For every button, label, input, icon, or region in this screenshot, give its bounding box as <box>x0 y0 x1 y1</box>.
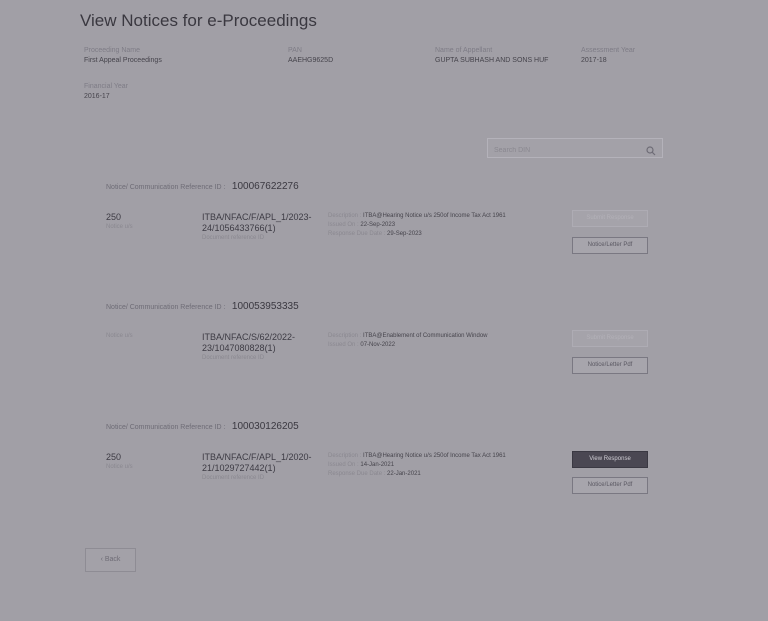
notice-details: Description : ITBA@Hearing Notice u/s 25… <box>328 212 508 239</box>
description: Description : ITBA@Enablement of Communi… <box>328 332 508 341</box>
reference-row: Notice/ Communication Reference ID : 100… <box>106 296 299 314</box>
page-title: View Notices for e-Proceedings <box>80 11 317 31</box>
notice-section: Notice u/s <box>106 332 133 341</box>
description: Description : ITBA@Hearing Notice u/s 25… <box>328 452 508 461</box>
section-label: Notice u/s <box>106 223 133 232</box>
meta-value: First Appeal Proceedings <box>84 56 162 66</box>
reference-id: 100053953335 <box>232 301 299 312</box>
notice-details: Description : ITBA@Hearing Notice u/s 25… <box>328 452 508 479</box>
meta-label: PAN <box>288 46 333 56</box>
meta-appellant: Name of Appellant GUPTA SUBHASH AND SONS… <box>435 46 548 66</box>
reference-id: 100030126205 <box>232 421 299 432</box>
issued-on: Issued On : 22-Sep-2023 <box>328 221 508 230</box>
back-button[interactable]: ‹ Back <box>85 548 136 572</box>
search-input[interactable] <box>488 142 650 160</box>
notice-letter-pdf-button[interactable]: Notice/Letter Pdf <box>572 357 648 374</box>
response-due: Response Due Date : 29-Sep-2023 <box>328 230 508 239</box>
notice-section: 250 Notice u/s <box>106 452 133 472</box>
notice-details: Description : ITBA@Enablement of Communi… <box>328 332 508 350</box>
section-label: Notice u/s <box>106 463 133 472</box>
issued-label: Issued On : <box>328 222 359 228</box>
reference-label: Notice/ Communication Reference ID : <box>106 184 225 191</box>
section-label: Notice u/s <box>106 332 133 341</box>
search-icon[interactable] <box>646 143 656 153</box>
reference-label: Notice/ Communication Reference ID : <box>106 424 225 431</box>
meta-proceeding-name: Proceeding Name First Appeal Proceedings <box>84 46 162 66</box>
issued-value: 07-Nov-2022 <box>360 342 395 348</box>
notice-letter-pdf-button[interactable]: Notice/Letter Pdf <box>572 477 648 494</box>
meta-label: Financial Year <box>84 82 128 92</box>
description-value: ITBA@Hearing Notice u/s 250of Income Tax… <box>363 453 506 459</box>
due-label: Response Due Date : <box>328 471 385 477</box>
issued-on: Issued On : 07-Nov-2022 <box>328 341 508 350</box>
issued-on: Issued On : 14-Jan-2021 <box>328 461 508 470</box>
document-reference-label: Document reference ID <box>202 354 352 363</box>
notice-section: 250 Notice u/s <box>106 212 133 232</box>
meta-value: AAEHG9625D <box>288 56 333 66</box>
issued-label: Issued On : <box>328 462 359 468</box>
meta-pan: PAN AAEHG9625D <box>288 46 333 66</box>
meta-label: Name of Appellant <box>435 46 548 56</box>
description-label: Description : <box>328 333 361 339</box>
meta-label: Proceeding Name <box>84 46 162 56</box>
reference-label: Notice/ Communication Reference ID : <box>106 304 225 311</box>
meta-value: GUPTA SUBHASH AND SONS HUF <box>435 56 548 66</box>
description-value: ITBA@Enablement of Communication Window <box>363 333 487 339</box>
due-value: 29-Sep-2023 <box>387 231 422 237</box>
issued-value: 14-Jan-2021 <box>360 462 394 468</box>
search-box[interactable] <box>487 138 663 158</box>
reference-row: Notice/ Communication Reference ID : 100… <box>106 176 299 194</box>
description-label: Description : <box>328 453 361 459</box>
description-value: ITBA@Hearing Notice u/s 250of Income Tax… <box>363 213 506 219</box>
due-label: Response Due Date : <box>328 231 385 237</box>
meta-value: 2017-18 <box>581 56 635 66</box>
reference-id: 100067622276 <box>232 181 299 192</box>
response-due: Response Due Date : 22-Jan-2021 <box>328 470 508 479</box>
submit-response-button[interactable]: Submit Response <box>572 210 648 227</box>
description: Description : ITBA@Hearing Notice u/s 25… <box>328 212 508 221</box>
section-number: 250 <box>106 452 133 463</box>
description-label: Description : <box>328 213 361 219</box>
submit-response-button[interactable]: Submit Response <box>572 330 648 347</box>
meta-financial-year: Financial Year 2016-17 <box>84 82 128 102</box>
view-response-button[interactable]: View Response <box>572 451 648 468</box>
issued-value: 22-Sep-2023 <box>360 222 395 228</box>
notice-letter-pdf-button[interactable]: Notice/Letter Pdf <box>572 237 648 254</box>
meta-assessment-year: Assessment Year 2017-18 <box>581 46 635 66</box>
meta-value: 2016-17 <box>84 92 128 102</box>
section-number: 250 <box>106 212 133 223</box>
meta-label: Assessment Year <box>581 46 635 56</box>
issued-label: Issued On : <box>328 342 359 348</box>
due-value: 22-Jan-2021 <box>387 471 421 477</box>
reference-row: Notice/ Communication Reference ID : 100… <box>106 416 299 434</box>
